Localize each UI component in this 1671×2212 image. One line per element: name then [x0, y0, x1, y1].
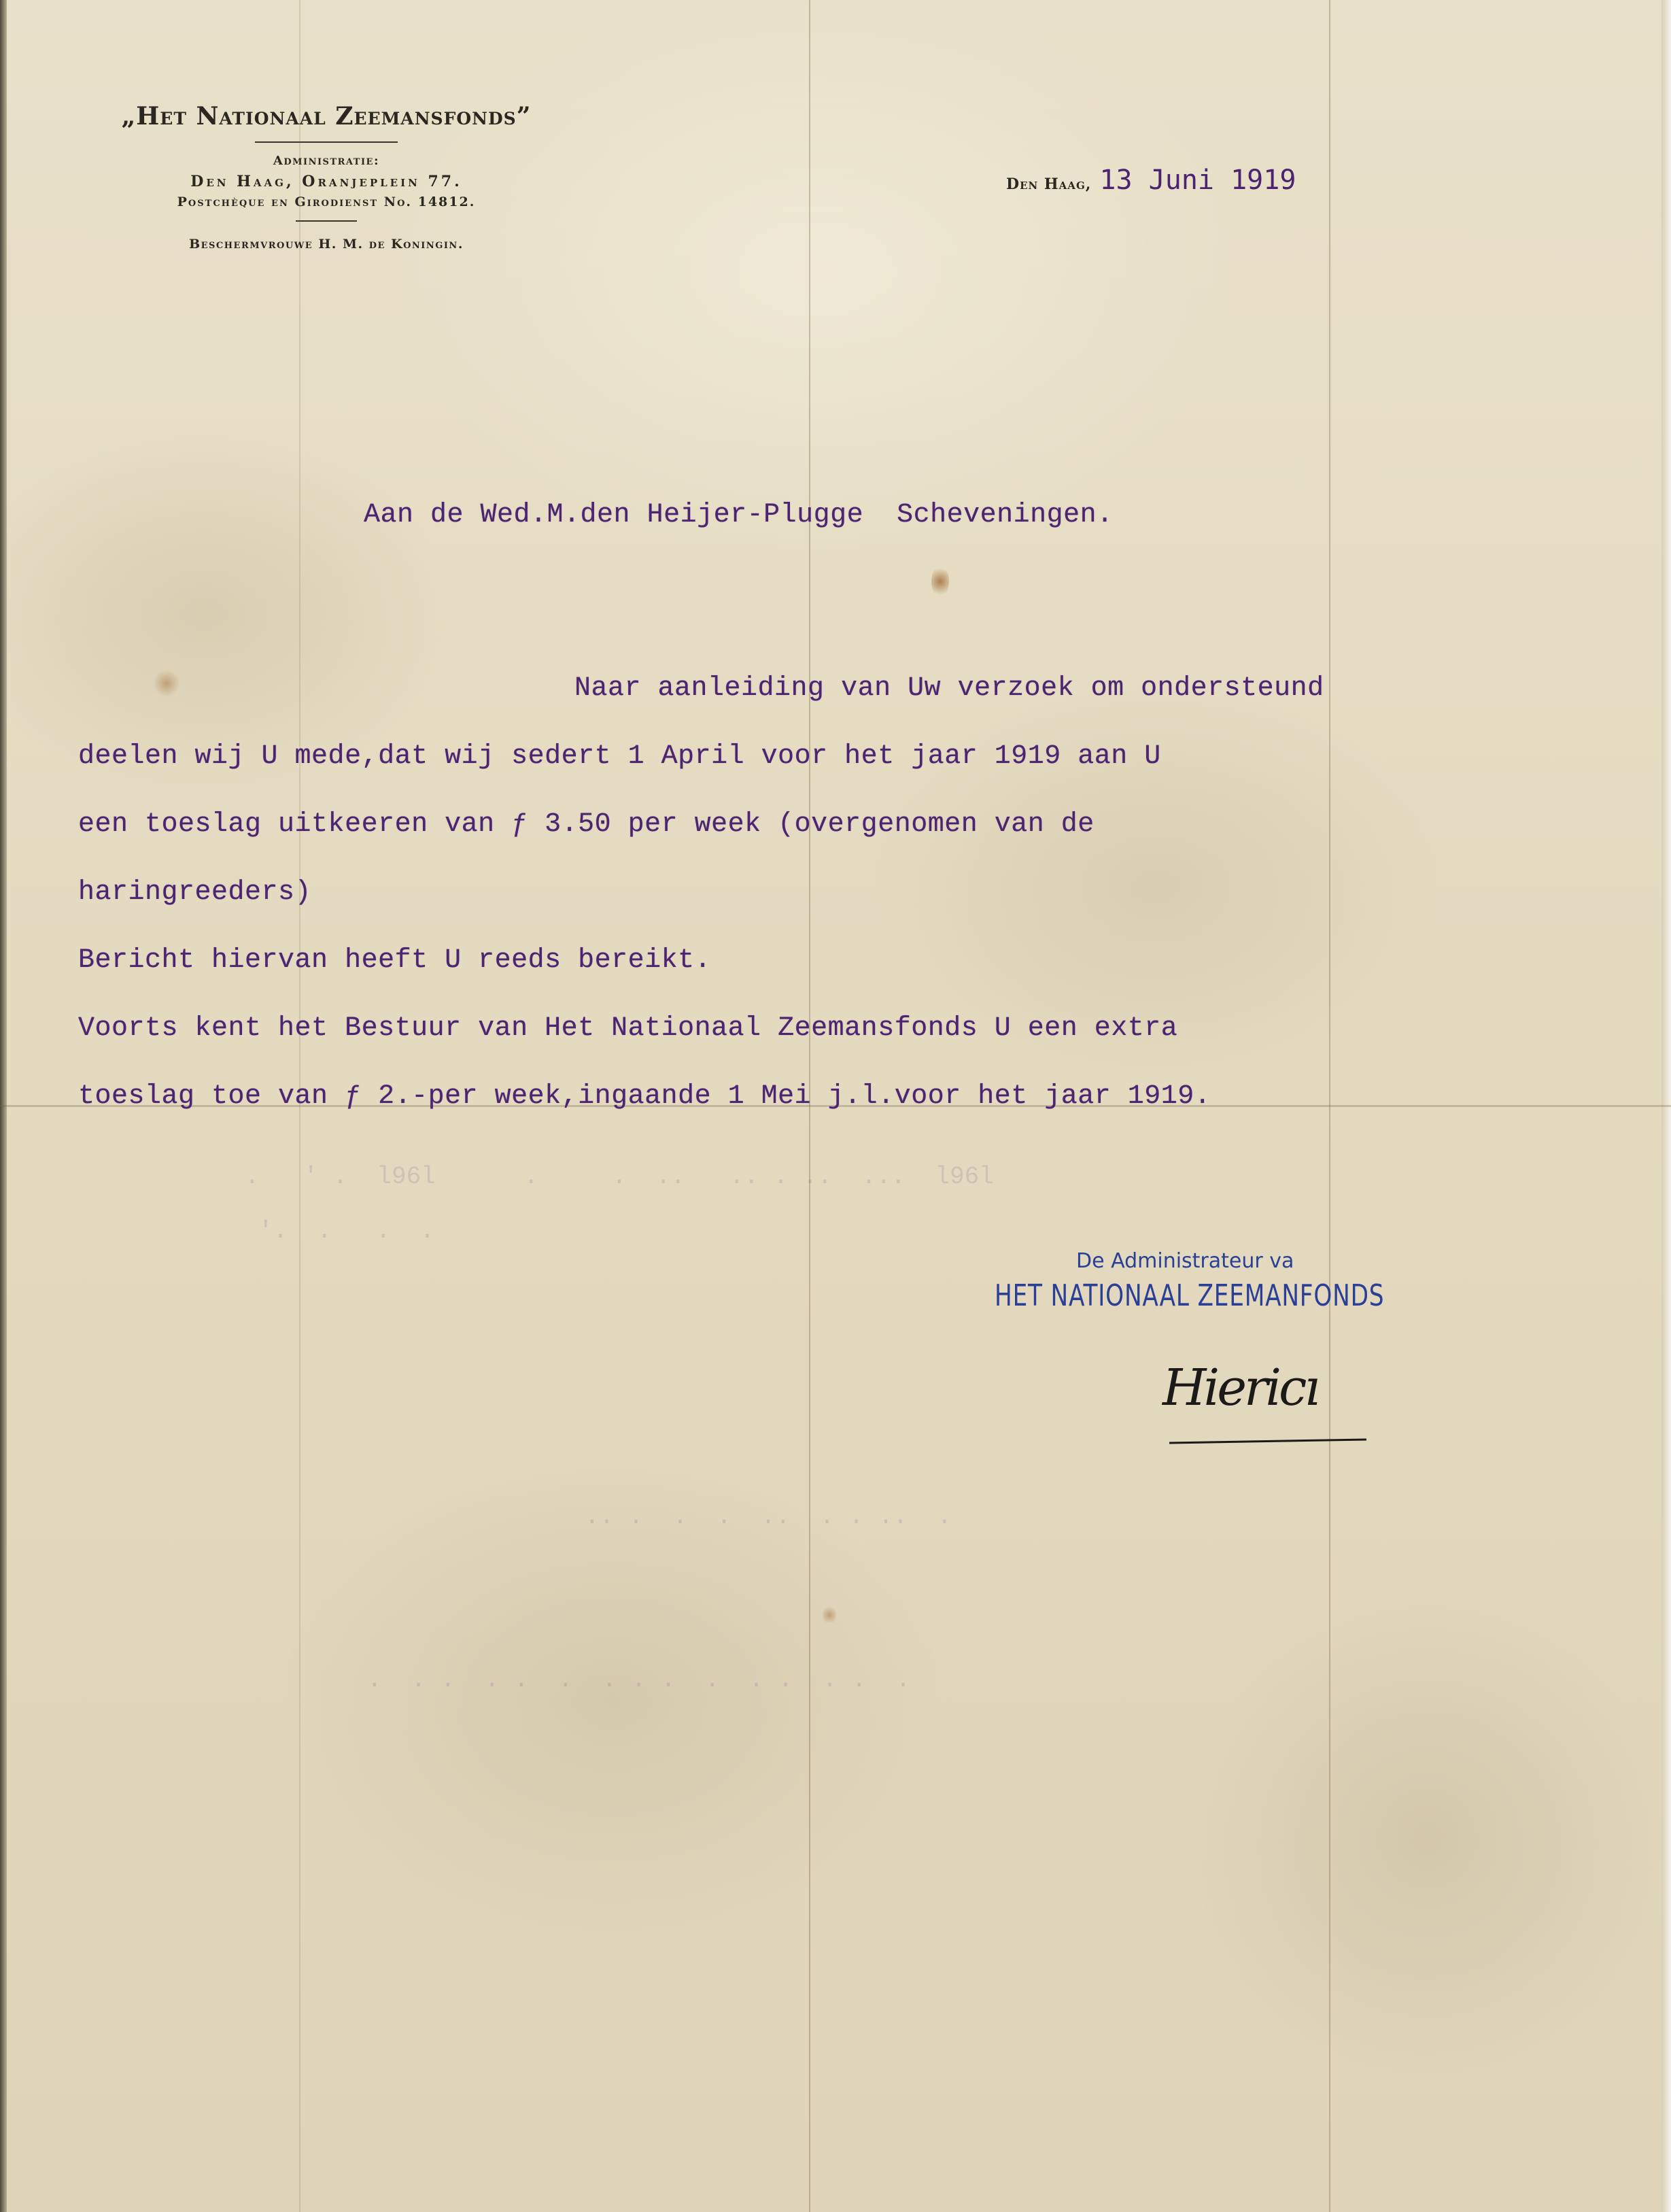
rust-stain — [823, 1605, 836, 1625]
letterhead: „Het Nationaal Zeemansfonds” Administrat… — [41, 102, 612, 252]
handwritten-signature: Hiericı — [1156, 1353, 1407, 1455]
letterhead-giro: Postchèque en Girodienst No. 14812. — [41, 192, 612, 212]
letterhead-title: „Het Nationaal Zeemansfonds” — [41, 102, 612, 131]
bleed-through-text: '. . . . — [258, 1217, 434, 1245]
rust-stain — [153, 670, 180, 697]
dateline-date: 13 Juni 1919 — [1099, 165, 1296, 196]
body-line: Naar aanleiding van Uw verzoek om onders… — [574, 673, 1324, 704]
dateline-place: Den Haag, — [1006, 175, 1091, 193]
recipient-line: Aan de Wed.M.den Heijer-Plugge Schevenin… — [364, 500, 1114, 530]
body-line: Bericht hiervan heeft U reeds bereikt. — [78, 945, 711, 976]
stamp-line-2: HET NATIONAAL ZEEMANFONDS — [995, 1278, 1384, 1313]
letterhead-divider — [255, 141, 398, 143]
body-line: een toeslag uitkeeren van ƒ 3.50 per wee… — [78, 809, 1095, 840]
bleed-through-text: . ' . l96l . . .. .. . .. ... l96l — [245, 1163, 994, 1191]
letterhead-address: Den Haag, Oranjeplein 77. — [41, 171, 612, 192]
body-line: toeslag toe van ƒ 2.-per week,ingaande 1… — [78, 1081, 1211, 1112]
bleed-through-text: .. . . . .. . . .. . — [585, 1503, 952, 1531]
bleed-through-text: . . . . . . . . . . . . . . . — [367, 1666, 910, 1694]
body-line: Voorts kent het Bestuur van Het Nationaa… — [78, 1013, 1177, 1044]
body-line: deelen wij U mede,dat wij sedert 1 April… — [78, 741, 1161, 772]
signature-text: Hiericı — [1162, 1359, 1317, 1417]
body-line: haringreeders) — [78, 877, 311, 908]
letterhead-administratie: Administratie: — [41, 151, 612, 171]
rust-stain — [931, 564, 949, 598]
letterhead-divider — [296, 220, 357, 222]
stamp-line-1: De Administrateur va — [1076, 1249, 1294, 1273]
dateline: Den Haag, 13 Juni 1919 — [1006, 165, 1296, 196]
signature-underline — [1169, 1438, 1366, 1444]
letterhead-patron: Beschermvrouwe H. M. de Koningin. — [41, 237, 612, 252]
